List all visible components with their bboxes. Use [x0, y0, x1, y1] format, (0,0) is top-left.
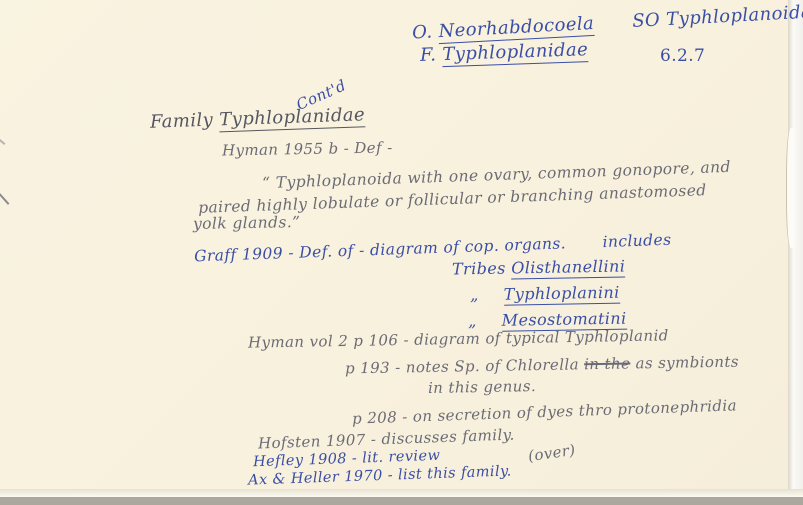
card-right-edge: [788, 0, 803, 497]
p193-note-end: as symbionts: [635, 353, 739, 373]
tribe-typhloplanini: Typhloplanini: [504, 283, 620, 306]
family-prefix: F.: [420, 44, 437, 66]
hyman1955-quote-line3: yolk glands.”: [193, 213, 301, 233]
tribe-olisthanellini: Olisthanellini: [511, 256, 625, 279]
tribe-line-2: „ Typhloplanini: [470, 283, 620, 305]
tribes-label: Tribes: [452, 259, 506, 279]
card-right-edge-curl: [786, 128, 795, 248]
tribe-line-1: Tribes Olisthanellini: [452, 256, 626, 278]
index-card-scan: O. Neorhabdocoela SO Typhloplanoida F. T…: [0, 0, 803, 505]
hymanvol2-line3: in this genus.: [428, 377, 536, 397]
p193-struck-words: in the: [584, 354, 631, 373]
graff1909-includes: includes: [602, 231, 671, 251]
ditto-mark: „: [468, 311, 477, 330]
ditto-mark: „: [470, 285, 479, 304]
order-prefix: O.: [412, 21, 433, 43]
header-family-line: F. Typhloplanidae: [420, 39, 589, 66]
hyman1955-heading: Hyman 1955 b - Def -: [222, 139, 393, 160]
background-surface: [0, 497, 803, 505]
family-label: Family: [150, 110, 214, 133]
card-code: 6.2.7: [660, 46, 705, 66]
